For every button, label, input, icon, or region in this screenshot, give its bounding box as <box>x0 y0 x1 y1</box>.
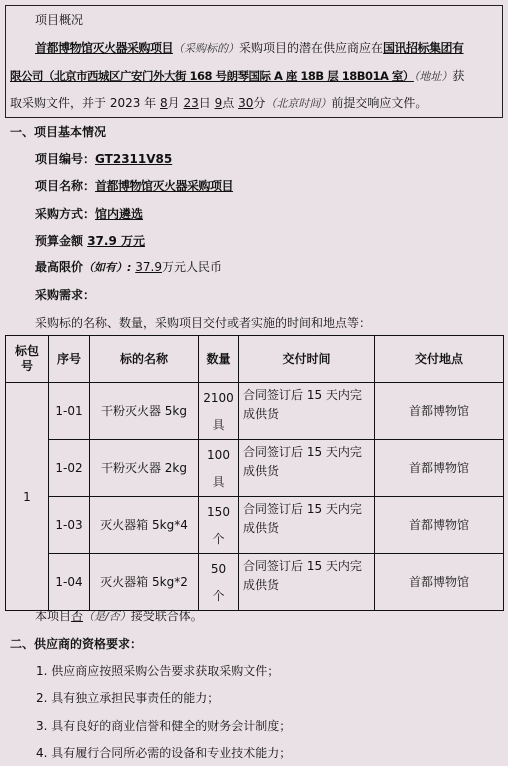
budget-value: 37.9 万元 <box>87 234 145 248</box>
item-no: 1-01 <box>49 383 90 440</box>
item-qty: 150个 <box>199 497 239 554</box>
header-no: 序号 <box>49 336 90 383</box>
item-delivery-time: 合同签订后 15 天内完成供货 <box>239 383 375 440</box>
item-name: 干粉灭火器 2kg <box>90 440 199 497</box>
subject-note: （采购标的） <box>173 42 239 55</box>
qty-value: 100 <box>201 442 236 469</box>
consortium-value: 否 <box>71 609 83 623</box>
header-qty: 数量 <box>199 336 239 383</box>
header-package: 标包号 <box>6 336 49 383</box>
consortium-suffix: 接受联合体。 <box>131 609 203 623</box>
method-value: 馆内遴选 <box>95 207 143 221</box>
overview-line-2: 限公司（北京市西城区广安门外大街 168 号朗琴国际 A 座 18B 层 18B… <box>10 68 464 85</box>
qualification-item: 2. 具有独立承担民事责任的能力； <box>36 690 219 706</box>
qty-unit: 个 <box>201 526 236 553</box>
unit: 月 <box>168 96 180 110</box>
deadline-minute: 30 <box>238 96 253 110</box>
budget-row: 预算金额 37.9 万元 <box>35 233 145 249</box>
item-qty: 100具 <box>199 440 239 497</box>
item-delivery-place: 首都博物馆 <box>375 554 504 611</box>
item-delivery-place: 首都博物馆 <box>375 497 504 554</box>
item-delivery-place: 首都博物馆 <box>375 440 504 497</box>
time-note: （北京时间） <box>265 97 331 110</box>
overview-text: 前提交响应文件。 <box>331 96 427 110</box>
item-delivery-place: 首都博物馆 <box>375 383 504 440</box>
qty-value: 50 <box>201 556 236 583</box>
item-name: 干粉灭火器 5kg <box>90 383 199 440</box>
project-no-value: GT2311V85 <box>95 152 172 166</box>
project-name-value: 首都博物馆灭火器采购项目 <box>95 179 233 193</box>
field-label: 最高限价 <box>35 260 83 274</box>
field-label: 项目名称： <box>35 179 95 193</box>
consortium-note: （是/否） <box>83 610 131 623</box>
company-name: 国讯招标集团有 <box>383 41 464 55</box>
qty-value: 2100 <box>201 385 236 412</box>
requirements-table: 标包号 序号 标的名称 数量 交付时间 交付地点 1 1-01 干粉灭火器 5k… <box>5 335 504 611</box>
overview-text: 获 <box>452 69 464 83</box>
procurement-notice-page: 项目概况 首都博物馆灭火器采购项目（采购标的）采购项目的潜在供应商应在国讯招标集… <box>0 0 508 766</box>
qty-unit: 具 <box>201 412 236 439</box>
consortium-line: 本项目否（是/否）接受联合体。 <box>35 608 203 625</box>
qty-unit: 具 <box>201 469 236 496</box>
field-label: 采购方式： <box>35 207 95 221</box>
max-price-value: 37.9 <box>135 260 162 274</box>
max-price-note: （如有）: <box>83 261 131 274</box>
item-delivery-time: 合同签订后 15 天内完成供货 <box>239 497 375 554</box>
item-name: 灭火器箱 5kg*4 <box>90 497 199 554</box>
max-price-row: 最高限价（如有）: 37.9万元人民币 <box>35 259 222 276</box>
consortium-prefix: 本项目 <box>35 609 71 623</box>
overview-title: 项目概况 <box>35 12 83 28</box>
project-name-link: 首都博物馆灭火器采购项目 <box>35 41 173 55</box>
deadline-month: 8 <box>160 96 168 110</box>
field-label: 预算金额 <box>35 234 83 248</box>
demand-label: 采购需求： <box>35 287 95 303</box>
unit: 万元人民币 <box>162 260 222 274</box>
item-qty: 2100具 <box>199 383 239 440</box>
qualification-item: 1. 供应商应按照采购公告要求获取采购文件； <box>36 663 279 679</box>
table-row: 1-04 灭火器箱 5kg*2 50个 合同签订后 15 天内完成供货 首都博物… <box>6 554 504 611</box>
method-row: 采购方式：馆内遴选 <box>35 206 143 222</box>
table-row: 1-03 灭火器箱 5kg*4 150个 合同签订后 15 天内完成供货 首都博… <box>6 497 504 554</box>
header-place: 交付地点 <box>375 336 504 383</box>
qty-value: 150 <box>201 499 236 526</box>
field-label: 项目编号： <box>35 152 95 166</box>
unit: 分 <box>253 96 265 110</box>
unit: 日 <box>199 96 211 110</box>
item-no: 1-03 <box>49 497 90 554</box>
qualification-item: 4. 具有履行合同所必需的设备和专业技术能力； <box>36 745 291 761</box>
address-note: （地址） <box>414 70 453 83</box>
deadline-day: 23 <box>183 96 198 110</box>
overview-line-1: 首都博物馆灭火器采购项目（采购标的）采购项目的潜在供应商应在国讯招标集团有 <box>35 40 464 57</box>
item-no: 1-02 <box>49 440 90 497</box>
table-row: 1-02 干粉灭火器 2kg 100具 合同签订后 15 天内完成供货 首都博物… <box>6 440 504 497</box>
item-qty: 50个 <box>199 554 239 611</box>
overview-text: 取采购文件，并于 2023 年 <box>10 96 156 110</box>
qty-unit: 个 <box>201 583 236 610</box>
table-row: 1 1-01 干粉灭火器 5kg 2100具 合同签订后 15 天内完成供货 首… <box>6 383 504 440</box>
demand-desc: 采购标的名称、数量，采购项目交付或者实施的时间和地点等： <box>35 315 371 331</box>
project-no-row: 项目编号：GT2311V85 <box>35 151 172 167</box>
section1-heading: 一、项目基本情况 <box>10 124 106 140</box>
unit: 点 <box>222 96 234 110</box>
item-delivery-time: 合同签订后 15 天内完成供货 <box>239 440 375 497</box>
section2-heading: 二、供应商的资格要求： <box>10 636 142 652</box>
item-name: 灭火器箱 5kg*2 <box>90 554 199 611</box>
overview-line-3: 取采购文件，并于 2023 年 8月 23日 9点 30分（北京时间）前提交响应… <box>10 95 427 112</box>
package-no: 1 <box>6 383 49 611</box>
header-name: 标的名称 <box>90 336 199 383</box>
overview-text: 采购项目的潜在供应商应在 <box>239 41 383 55</box>
item-delivery-time: 合同签订后 15 天内完成供货 <box>239 554 375 611</box>
header-time: 交付时间 <box>239 336 375 383</box>
table-header-row: 标包号 序号 标的名称 数量 交付时间 交付地点 <box>6 336 504 383</box>
item-no: 1-04 <box>49 554 90 611</box>
qualification-item: 3. 具有良好的商业信誉和健全的财务会计制度； <box>36 718 291 734</box>
company-address: 限公司（北京市西城区广安门外大街 168 号朗琴国际 A 座 18B 层 18B… <box>10 69 414 83</box>
project-name-row: 项目名称：首都博物馆灭火器采购项目 <box>35 178 233 194</box>
